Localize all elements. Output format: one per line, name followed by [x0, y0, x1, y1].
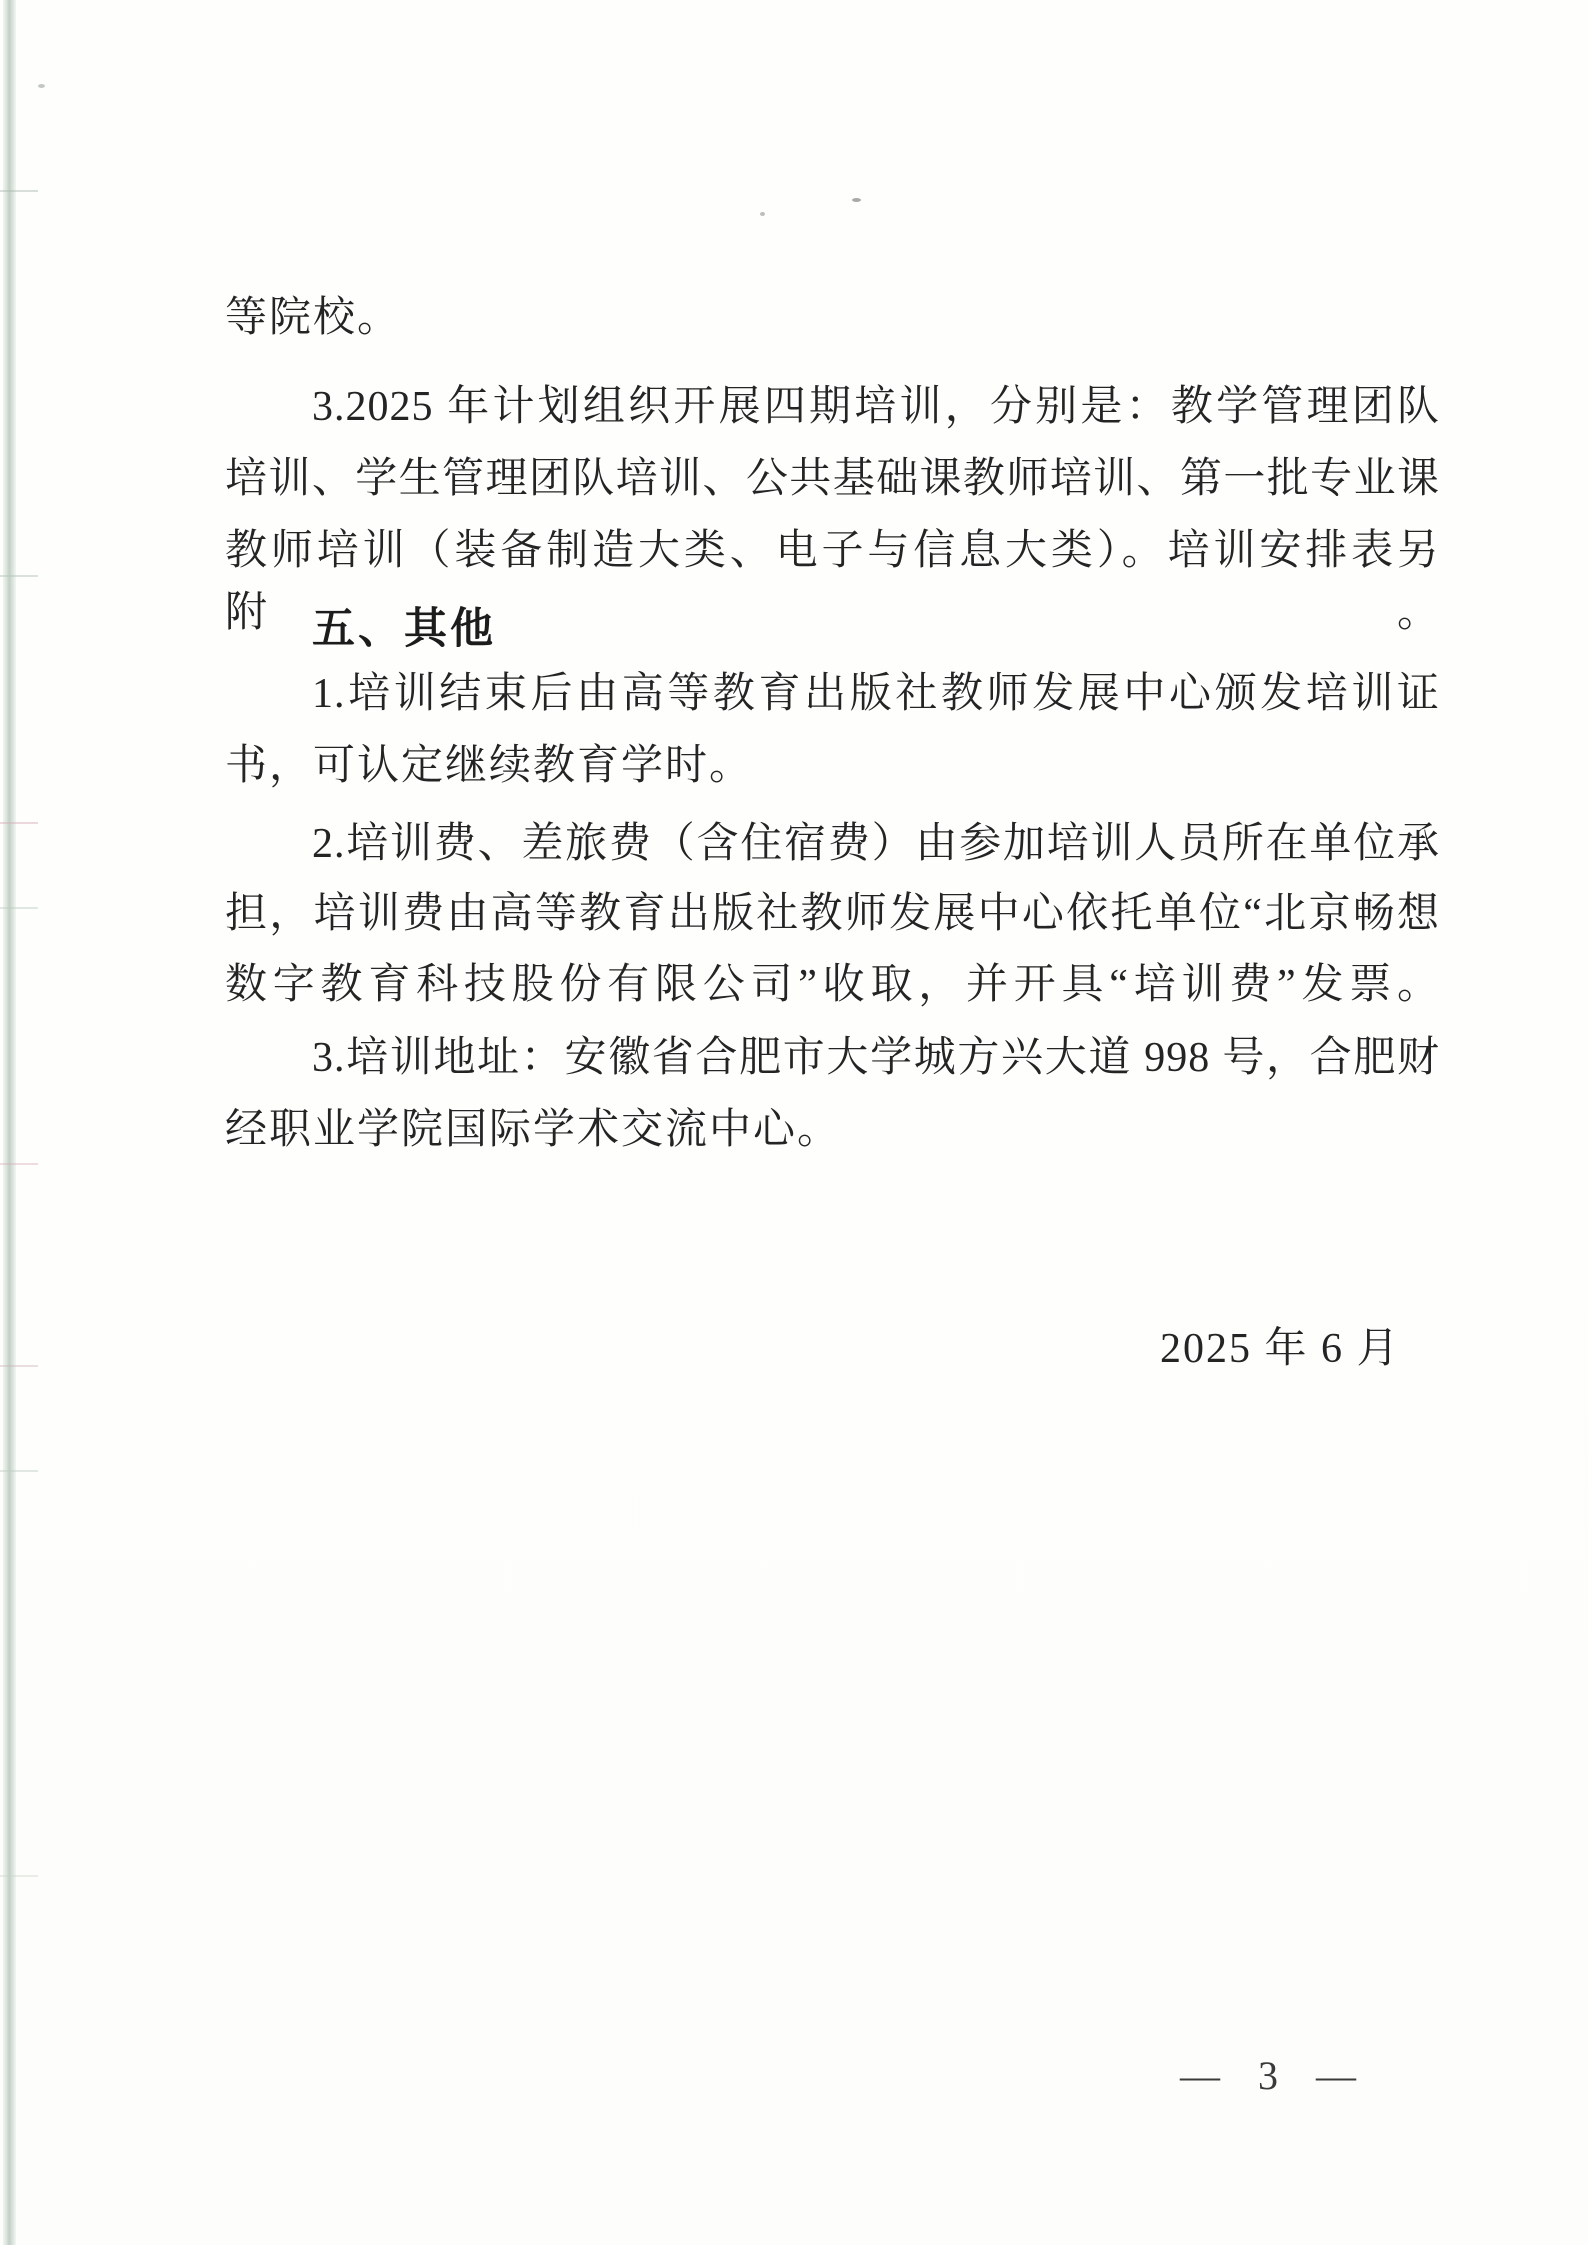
- scan-edge-artifact-line: [0, 907, 38, 909]
- scan-edge-artifact-line: [0, 575, 38, 577]
- fees-line-1: 2.培训费、差旅费（含住宿费）由参加培训人员所在单位承: [225, 813, 1440, 875]
- training-plan-line-2: 培训、学生管理团队培训、公共基础课教师培训、第一批专业课: [225, 448, 1440, 510]
- scan-edge-artifact-line: [0, 822, 38, 824]
- certificate-line-2: 书，可认定继续教育学时。: [225, 735, 1440, 797]
- training-plan-line-3: 教师培训（装备制造大类、电子与信息大类）。培训安排表另附。: [225, 520, 1440, 582]
- section-heading-others: 五、其他: [225, 598, 1440, 660]
- scanned-document-page: 等院校。 3.2025 年计划组织开展四期培训，分别是：教学管理团队 培训、学生…: [0, 0, 1588, 2245]
- page-number: — 3 —: [1180, 2046, 1360, 2106]
- scan-speck: [38, 84, 45, 88]
- certificate-line-1: 1.培训结束后由高等教育出版社教师发展中心颁发培训证: [225, 663, 1440, 725]
- document-body: 等院校。 3.2025 年计划组织开展四期培训，分别是：教学管理团队 培训、学生…: [225, 0, 1440, 2245]
- scan-edge-artifact-line: [0, 1875, 38, 1877]
- scan-edge-artifact-line: [0, 1470, 38, 1472]
- fees-line-2: 担，培训费由高等教育出版社教师发展中心依托单位“北京畅想: [225, 883, 1440, 945]
- address-line-2: 经职业学院国际学术交流中心。: [225, 1099, 1440, 1161]
- scan-edge-artifact-line: [0, 190, 38, 192]
- scan-edge-artifact-line: [0, 1163, 38, 1165]
- address-line-1: 3.培训地址：安徽省合肥市大学城方兴大道 998 号，合肥财: [225, 1027, 1440, 1089]
- continuation-text: 等院校。: [225, 287, 1440, 349]
- scan-edge-artifact-line: [0, 1365, 38, 1367]
- document-date: 2025 年 6 月: [1160, 1318, 1401, 1380]
- fees-line-3: 数字教育科技股份有限公司”收取，并开具“培训费”发票。: [225, 954, 1440, 1016]
- scan-edge-strip: [3, 0, 16, 2245]
- training-plan-line-1: 3.2025 年计划组织开展四期培训，分别是：教学管理团队: [225, 376, 1440, 438]
